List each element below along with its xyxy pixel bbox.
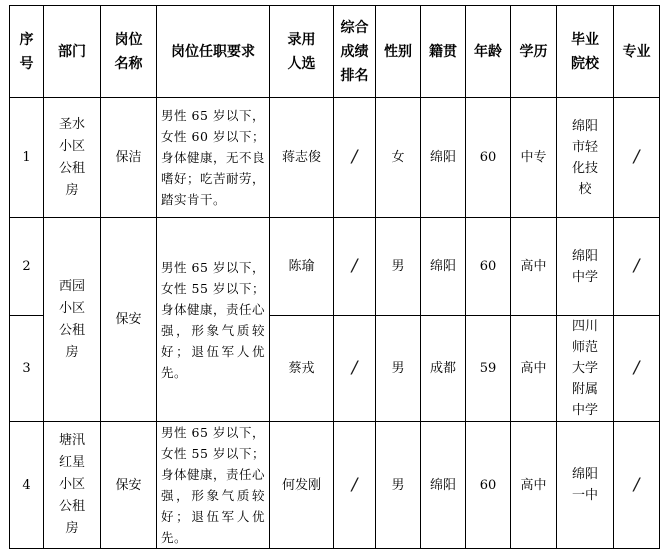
cell-requirements: 男性 65 岁以下，女性 60 岁以下；身体健康，无不良嗜好；吃苦耐劳，踏实肯干… [157,98,270,218]
header-age: 年龄 [466,6,511,98]
cell-school: 绵阳中学 [557,218,614,316]
header-rank: 综合 成绩 排名 [334,6,376,98]
cell-school: 绵阳一中 [557,422,614,549]
cell-post: 保安 [101,422,157,549]
cell-dept: 塘汛红星小区公租房 [44,422,101,549]
cell-requirements: 男性 65 岁以下，女性 55 岁以下；身体健康，责任心强，形象气质较好；退伍军… [157,422,270,549]
table-row: 4 塘汛红星小区公租房 保安 男性 65 岁以下，女性 55 岁以下；身体健康，… [10,422,660,549]
cell-age: 60 [466,218,511,316]
cell-major: / [614,422,660,549]
cell-hire: 何发刚 [270,422,334,549]
cell-rank: / [334,422,376,549]
hiring-results-table: 序 号 部门 岗位 名称 岗位任职要求 录用 人选 综合 成绩 排名 性别 籍贯… [9,5,660,549]
header-post: 岗位 名称 [101,6,157,98]
header-native: 籍贯 [421,6,466,98]
cell-gender: 男 [376,422,421,549]
cell-native: 绵阳 [421,218,466,316]
cell-gender: 男 [376,316,421,422]
cell-school: 四川师范大学附属中学 [557,316,614,422]
cell-dept: 圣水小区公租房 [44,98,101,218]
header-hire: 录用 人选 [270,6,334,98]
cell-requirements: 男性 65 岁以下，女性 55 岁以下；身体健康，责任心强，形象气质较好；退伍军… [157,218,270,422]
cell-major: / [614,98,660,218]
cell-hire: 陈瑜 [270,218,334,316]
cell-native: 绵阳 [421,98,466,218]
header-school: 毕业 院校 [557,6,614,98]
cell-edu: 高中 [511,422,557,549]
cell-rank: / [334,316,376,422]
cell-age: 60 [466,98,511,218]
table-row: 1 圣水小区公租房 保洁 男性 65 岁以下，女性 60 岁以下；身体健康，无不… [10,98,660,218]
header-row: 序 号 部门 岗位 名称 岗位任职要求 录用 人选 综合 成绩 排名 性别 籍贯… [10,6,660,98]
header-dept: 部门 [44,6,101,98]
header-requirements: 岗位任职要求 [157,6,270,98]
cell-hire: 蒋志俊 [270,98,334,218]
header-major: 专业 [614,6,660,98]
header-seq: 序 号 [10,6,44,98]
header-gender: 性别 [376,6,421,98]
cell-major: / [614,316,660,422]
cell-post: 保安 [101,218,157,422]
cell-gender: 女 [376,98,421,218]
cell-rank: / [334,98,376,218]
cell-post: 保洁 [101,98,157,218]
cell-dept: 西园小区公租房 [44,218,101,422]
cell-rank: / [334,218,376,316]
cell-major: / [614,218,660,316]
cell-edu: 高中 [511,218,557,316]
cell-edu: 高中 [511,316,557,422]
cell-seq: 4 [10,422,44,549]
cell-seq: 1 [10,98,44,218]
table-row: 2 西园小区公租房 保安 男性 65 岁以下，女性 55 岁以下；身体健康，责任… [10,218,660,316]
cell-native: 绵阳 [421,422,466,549]
cell-school: 绵阳市轻化技校 [557,98,614,218]
cell-seq: 2 [10,218,44,316]
cell-gender: 男 [376,218,421,316]
cell-edu: 中专 [511,98,557,218]
cell-native: 成都 [421,316,466,422]
header-edu: 学历 [511,6,557,98]
cell-hire: 蔡戎 [270,316,334,422]
cell-age: 60 [466,422,511,549]
cell-seq: 3 [10,316,44,422]
cell-age: 59 [466,316,511,422]
